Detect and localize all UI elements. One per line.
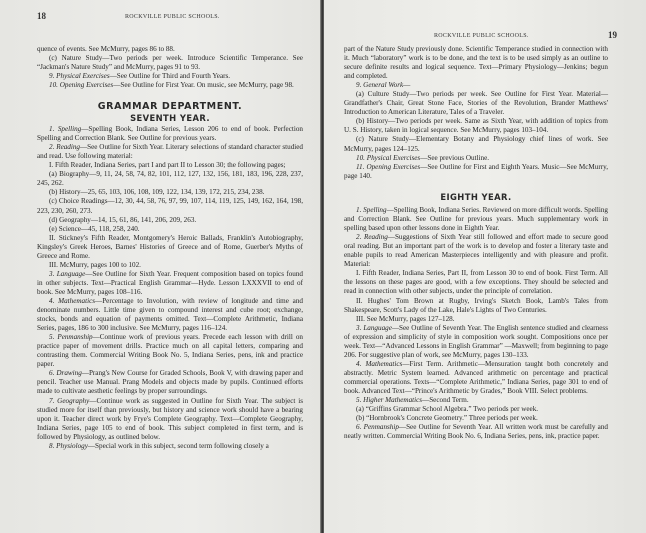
continuation-paragraph: part of the Nature Study previously done… xyxy=(344,45,608,81)
outline-item: 4. Mathematics—First Term. Arithmetic—Me… xyxy=(344,360,608,396)
outline-item: III. McMurry, pages 100 to 102. xyxy=(37,261,303,270)
outline-item: 5. Penmanship—Continue work of previous … xyxy=(37,333,303,369)
item-title: Penmanship xyxy=(364,423,399,431)
item-label: (a) xyxy=(356,405,364,413)
item-title: Drawing xyxy=(56,369,81,377)
item-title: Spelling xyxy=(58,125,81,133)
item-label: 5. xyxy=(356,396,361,404)
item-title: Reading xyxy=(364,233,388,241)
outline-item: 6. Drawing—Prang's New Course for Graded… xyxy=(37,369,303,396)
outline-item: (e) Science—45, 118, 258, 240. xyxy=(37,225,303,234)
outline-item: 2. Reading—Suggestions of Sixth Year sti… xyxy=(344,233,608,269)
item-label: III. xyxy=(49,261,58,269)
left-page: 18 ROCKVILLE PUBLIC SCHOOLS. quence of e… xyxy=(0,0,321,533)
item-label: 8. xyxy=(49,442,54,450)
outline-item: (c) Choice Readings—12, 30, 44, 58, 76, … xyxy=(37,197,303,215)
item-text: Biography—9, 11, 24, 58, 74, 82, 101, 11… xyxy=(37,170,303,187)
item-label: 11. xyxy=(356,163,364,171)
item-label: III. xyxy=(356,315,365,323)
outline-item: (d) Geography—14, 15, 61, 86, 141, 206, … xyxy=(37,216,303,225)
department-heading: GRAMMAR DEPARTMENT. xyxy=(37,102,303,111)
item-title: Geography xyxy=(57,397,89,405)
page-number: 19 xyxy=(608,30,617,40)
item-label: (b) xyxy=(49,188,57,196)
year-heading: EIGHTH YEAR. xyxy=(344,193,608,202)
item-label: 10. xyxy=(356,154,365,162)
outline-item: (b) History—25, 65, 103, 106, 108, 109, … xyxy=(37,188,303,197)
item-label: I. xyxy=(356,269,360,277)
item-label: (b) xyxy=(356,117,364,125)
item-text: Fifth Reader, Indiana Series, part I and… xyxy=(55,161,286,169)
left-text-main: GRAMMAR DEPARTMENT. SEVENTH YEAR. 1. Spe… xyxy=(37,102,303,451)
item-title: General Work xyxy=(363,81,403,89)
outline-item: (b) “Hornbrook's Concrete Geometry.” Thr… xyxy=(344,414,608,423)
item-title: Spelling xyxy=(363,206,386,214)
item-title: Opening Exercises xyxy=(366,163,420,171)
item-label: I. xyxy=(49,161,53,169)
item-label: 7. xyxy=(49,397,54,405)
item-label: 9. xyxy=(356,81,361,89)
item-title: Penmanship xyxy=(57,333,92,341)
item-text: McMurry, pages 100 to 102. xyxy=(60,261,141,269)
outline-item: 3. Language—See Outline of Seventh Year.… xyxy=(344,324,608,360)
outline-item: II. Hughes' Tom Brown at Rugby, Irving's… xyxy=(344,297,608,315)
outline-item: 2. Reading—See Outline for Sixth Year. L… xyxy=(37,143,303,161)
item-text: “Hornbrook's Concrete Geometry.” Three p… xyxy=(366,414,538,422)
item-label: II. xyxy=(49,234,56,242)
item-text: See McMurry, pages 127–128. xyxy=(367,315,455,323)
item-text: History—25, 65, 103, 106, 108, 109, 122,… xyxy=(59,188,264,196)
outline-item: (c) Nature Study—Two periods per week. I… xyxy=(37,54,303,72)
continuation-paragraph: quence of events. See McMurry, pages 86 … xyxy=(37,45,303,54)
item-label: (e) xyxy=(49,225,57,233)
outline-item: 5. Higher Mathematics—Second Term. xyxy=(344,396,608,405)
item-text: —Second Term. xyxy=(422,396,469,404)
outline-item: 10. Opening Exercises—See Outline for Fi… xyxy=(37,81,303,90)
outline-item: 1. Spelling—Spelling Book, Indiana Serie… xyxy=(344,206,608,233)
item-label: (a) xyxy=(356,90,364,98)
item-label: (c) xyxy=(49,197,57,205)
item-text: Choice Readings—12, 30, 44, 58, 76, 97, … xyxy=(37,197,303,214)
item-text: Nature Study—Two periods per week. Intro… xyxy=(37,54,303,71)
item-text: Science—45, 118, 258, 240. xyxy=(59,225,140,233)
item-title: Language xyxy=(363,324,392,332)
item-label: 2. xyxy=(49,143,54,151)
item-label: (c) xyxy=(356,135,364,143)
outline-item: (b) History—Two periods per week. Same a… xyxy=(344,117,608,135)
outline-item: 10. Physical Exercises—See previous Outl… xyxy=(344,154,608,163)
item-label: (b) xyxy=(356,414,364,422)
item-label: 3. xyxy=(356,324,361,332)
outline-item: 11. Opening Exercises—See Outline for Fi… xyxy=(344,163,608,181)
outline-item: 6. Penmanship—See Outline for Seventh Ye… xyxy=(344,423,608,441)
item-text: — xyxy=(403,81,410,89)
item-title: Physiology xyxy=(56,442,88,450)
item-text: Fifth Reader, Indiana Series, Part II, f… xyxy=(344,269,608,295)
item-label: 1. xyxy=(356,206,361,214)
item-text: Nature Study—Elementary Botany and Physi… xyxy=(344,135,608,152)
outline-item: III. See McMurry, pages 127–128. xyxy=(344,315,608,324)
page-number: 18 xyxy=(37,11,46,21)
outline-item: 4. Mathematics—Percentage to Involution,… xyxy=(37,297,303,333)
item-text: —Special work in this subject, second te… xyxy=(88,442,269,450)
item-text: —See previous Outline. xyxy=(420,154,489,162)
outline-item: (a) “Griffins Grammar School Algebra.” T… xyxy=(344,405,608,414)
outline-item: 7. Geography—Continue work as suggested … xyxy=(37,397,303,442)
item-text: Hughes' Tom Brown at Rugby, Irving's Ske… xyxy=(344,297,608,314)
item-title: Mathematics xyxy=(58,297,95,305)
year-heading: SEVENTH YEAR. xyxy=(37,114,303,123)
item-label: 2. xyxy=(356,233,361,241)
item-title: Reading xyxy=(56,143,80,151)
item-label: 6. xyxy=(356,423,361,431)
outline-item: (a) Biography—9, 11, 24, 58, 74, 82, 101… xyxy=(37,170,303,188)
item-text: —See Outline for Third and Fourth Years. xyxy=(110,72,230,80)
outline-item: (c) Nature Study—Elementary Botany and P… xyxy=(344,135,608,153)
item-label: (a) xyxy=(49,170,57,178)
item-title: Physical Exercises xyxy=(367,154,420,162)
item-title: Opening Exercises xyxy=(60,81,113,89)
item-label: 4. xyxy=(49,297,54,305)
item-title: Language xyxy=(57,270,86,278)
item-text: Culture Study—Two periods per week. See … xyxy=(344,90,608,116)
left-text-top: quence of events. See McMurry, pages 86 … xyxy=(37,45,303,90)
outline-item: I. Fifth Reader, Indiana Series, part I … xyxy=(37,161,303,170)
right-text-main: EIGHTH YEAR. 1. Spelling—Spelling Book, … xyxy=(344,193,608,441)
outline-item: 1. Spelling—Spelling Book, Indiana Serie… xyxy=(37,125,303,143)
item-label: 9. xyxy=(49,72,54,80)
item-label: II. xyxy=(356,297,363,305)
item-label: 10. xyxy=(49,81,58,89)
outline-item: 9. General Work— xyxy=(344,81,608,90)
item-text: “Griffins Grammar School Algebra.” Two p… xyxy=(366,405,538,413)
item-text: Stickney's Fifth Reader, Montgomery's He… xyxy=(37,234,303,260)
running-head: ROCKVILLE PUBLIC SCHOOLS. xyxy=(434,33,529,39)
item-label: (d) xyxy=(49,216,57,224)
item-label: 3. xyxy=(49,270,54,278)
running-head: ROCKVILLE PUBLIC SCHOOLS. xyxy=(125,14,220,20)
book-spread: 18 ROCKVILLE PUBLIC SCHOOLS. quence of e… xyxy=(0,0,646,533)
item-label: (c) xyxy=(49,54,57,62)
outline-item: I. Fifth Reader, Indiana Series, Part II… xyxy=(344,269,608,296)
outline-item: 9. Physical Exercises—See Outline for Th… xyxy=(37,72,303,81)
item-title: Higher Mathematics xyxy=(363,396,422,404)
outline-item: II. Stickney's Fifth Reader, Montgomery'… xyxy=(37,234,303,261)
outline-item: 3. Language—See Outline for Sixth Year. … xyxy=(37,270,303,297)
item-text: Geography—14, 15, 61, 86, 141, 206, 209,… xyxy=(59,216,196,224)
outline-item: 8. Physiology—Special work in this subje… xyxy=(37,442,303,451)
item-text: —See Outline for First Year. On music, s… xyxy=(113,81,294,89)
item-text: History—Two periods per week. Same as Si… xyxy=(344,117,608,134)
item-label: 5. xyxy=(49,333,54,341)
right-text-top: part of the Nature Study previously done… xyxy=(344,45,608,181)
outline-item: (a) Culture Study—Two periods per week. … xyxy=(344,90,608,117)
item-label: 1. xyxy=(49,125,54,133)
right-page: ROCKVILLE PUBLIC SCHOOLS. 19 part of the… xyxy=(324,0,646,533)
item-title: Physical Exercises xyxy=(56,72,109,80)
item-label: 6. xyxy=(49,369,54,377)
item-title: Mathematics xyxy=(365,360,402,368)
item-label: 4. xyxy=(356,360,361,368)
